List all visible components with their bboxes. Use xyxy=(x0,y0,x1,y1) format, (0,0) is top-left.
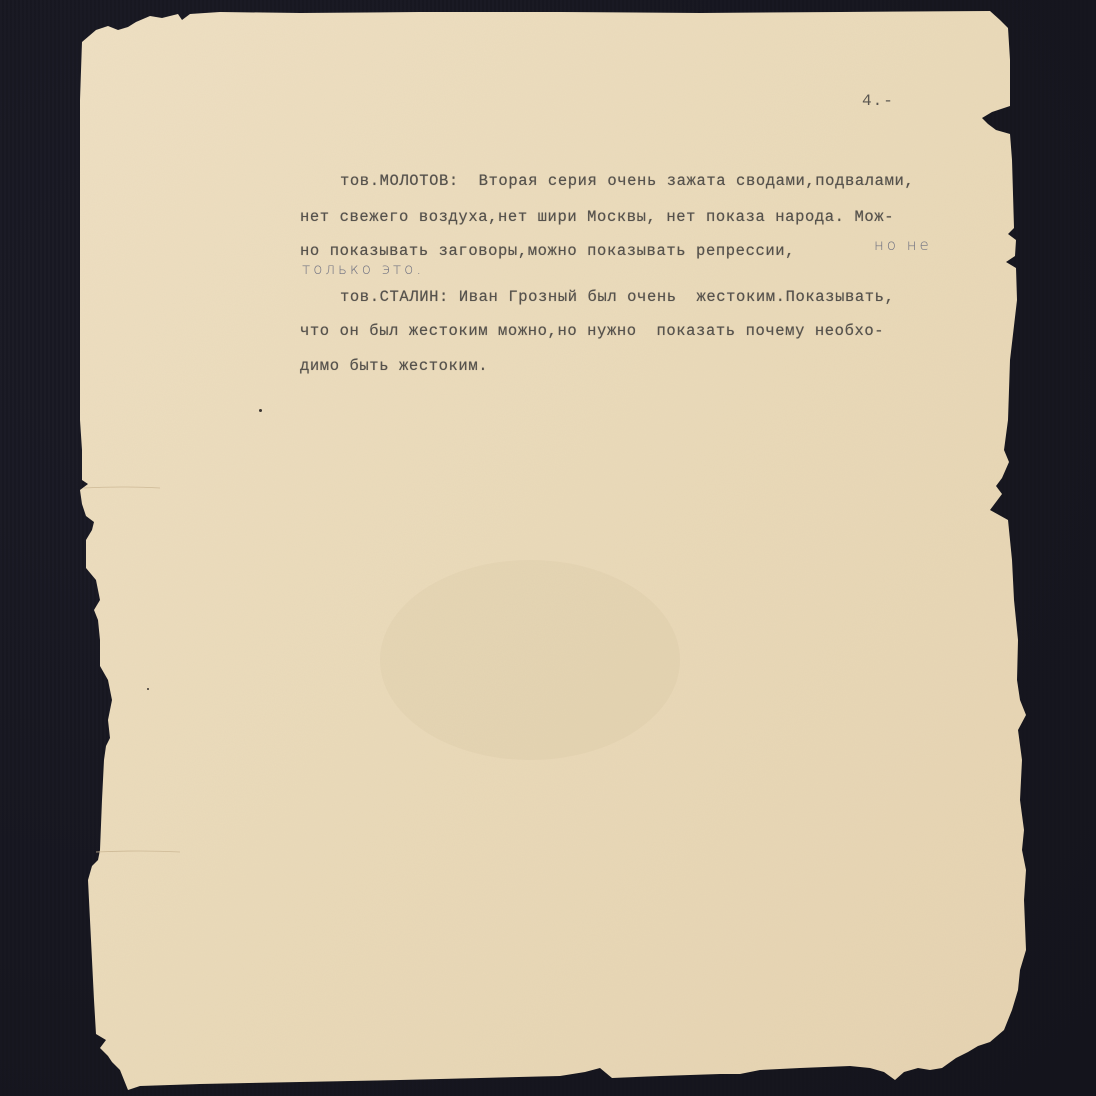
molotov-line-2: нет свежего воздуха,нет шири Москвы, нет… xyxy=(300,208,894,226)
document-page: 4.- тов.МОЛОТОВ: Вторая серия очень зажа… xyxy=(0,0,1096,1096)
stalin-line-1: тов.СТАЛИН: Иван Грозный был очень жесто… xyxy=(340,288,894,306)
paper-stain xyxy=(380,560,680,760)
handwritten-note-line-2: только это. xyxy=(302,260,424,278)
stalin-line-2: что он был жестоким можно,но нужно показ… xyxy=(300,322,884,340)
stalin-line-3: димо быть жестоким. xyxy=(300,357,488,375)
handwritten-note-line-1: но не xyxy=(874,236,932,254)
molotov-line-1: тов.МОЛОТОВ: Вторая серия очень зажата с… xyxy=(340,172,914,190)
paper-speck xyxy=(147,688,149,690)
page-number: 4.- xyxy=(862,92,894,110)
paper-speck xyxy=(259,409,262,412)
molotov-line-3: но показывать заговоры,можно показывать … xyxy=(300,242,795,260)
